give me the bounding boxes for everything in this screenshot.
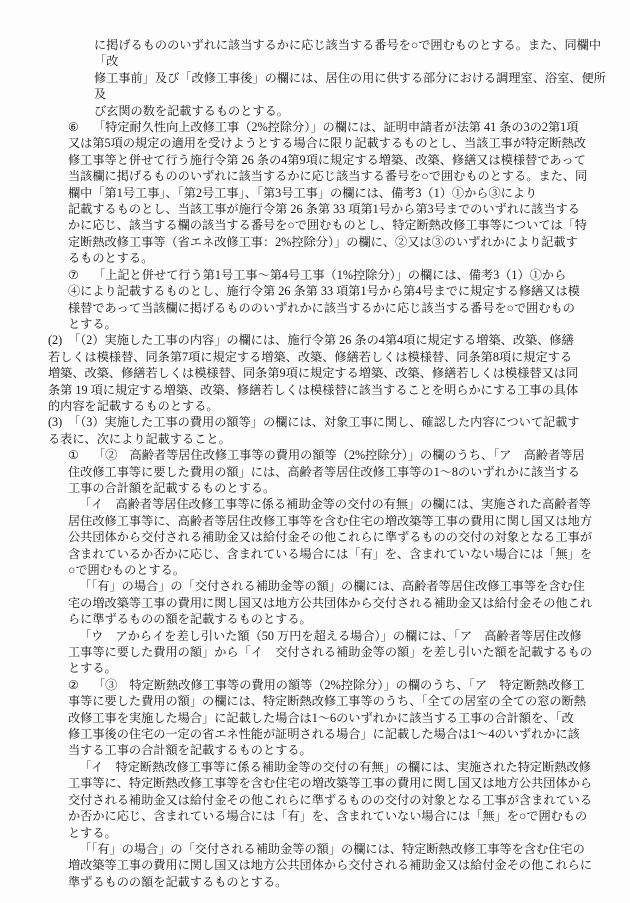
paragraph-text: 「「有」の場合」の「交付される補助金等の額」の欄には、特定断熱改修工事等を含む住… — [68, 842, 592, 889]
paragraph-text: 「（3）実施した工事の費用の額等」の欄には、対象工事に関し、確認した内容について… — [48, 415, 580, 445]
item-marker: ① — [68, 447, 93, 463]
paragraph-text: 「特定耐久性向上改修工事（2%控除分）」の欄には、証明申請者が法第 41 条の3… — [68, 120, 587, 265]
doc-paragraph: 「「有」の場合」の「交付される補助金等の額」の欄には、特定断熱改修工事等を含む住… — [0, 841, 610, 890]
paragraph-text: 「イ 特定断熱改修工事等に係る補助金等の交付の有無」の欄には、実施された特定断熱… — [68, 760, 592, 840]
paragraph-text: 「イ 高齢者等居住改修工事等に係る補助金等の交付の有無」の欄には、実施された高齢… — [68, 497, 592, 577]
item-marker: (2) — [48, 332, 68, 348]
paragraph-text: 「③ 特定断熱改修工事等の費用の額等（2%控除分）」の欄のうち、「ア 特定断熱改… — [68, 678, 586, 758]
item-marker: ⑦ — [68, 267, 93, 283]
doc-paragraph: ⑥「特定耐久性向上改修工事（2%控除分）」の欄には、証明申請者が法第 41 条の… — [0, 119, 610, 267]
doc-paragraph: 「ウ アからイを差し引いた額（50 万円を超える場合）」の欄には、「ア 高齢者等… — [0, 628, 610, 677]
document-page: に掲げるもののいずれに該当するかに応じ該当する番号を○で囲むものとする。また、同… — [0, 0, 630, 903]
paragraph-text: 「② 高齢者等居住改修工事等の費用の額等（2%控除分）」の欄のうち、「ア 高齢者… — [68, 448, 585, 495]
paragraph-text: 「上記と併せて行う第1号工事〜第4号工事（1%控除分）」の欄には、備考3（1）①… — [68, 268, 580, 331]
doc-paragraph: (2)「（2）実施した工事の内容」の欄には、施行令第 26 条の4第4項に規定す… — [0, 332, 610, 414]
document-body: に掲げるもののいずれに該当するかに応じ該当する番号を○で囲むものとする。また、同… — [0, 37, 610, 890]
doc-paragraph: 「イ 特定断熱改修工事等に係る補助金等の交付の有無」の欄には、実施された特定断熱… — [0, 759, 610, 841]
item-marker: ② — [68, 677, 93, 693]
doc-paragraph: 「「有」の場合」の「交付される補助金等の額」の欄には、高齢者等居住改修工事等を含… — [0, 578, 610, 627]
doc-paragraph: ②「③ 特定断熱改修工事等の費用の額等（2%控除分）」の欄のうち、「ア 特定断熱… — [0, 677, 610, 759]
paragraph-text: 「（2）実施した工事の内容」の欄には、施行令第 26 条の4第4項に規定する増築… — [48, 333, 578, 413]
paragraph-text: 「ウ アからイを差し引いた額（50 万円を超える場合）」の欄には、「ア 高齢者等… — [68, 629, 592, 676]
doc-paragraph: に掲げるもののいずれに該当するかに応じ該当する番号を○で囲むものとする。また、同… — [0, 37, 610, 119]
item-marker: ⑥ — [68, 119, 93, 135]
item-marker: (3) — [48, 414, 68, 430]
doc-paragraph: ⑦「上記と併せて行う第1号工事〜第4号工事（1%控除分）」の欄には、備考3（1）… — [0, 267, 610, 333]
doc-paragraph: (3)「（3）実施した工事の費用の額等」の欄には、対象工事に関し、確認した内容に… — [0, 414, 610, 447]
doc-paragraph: 「イ 高齢者等居住改修工事等に係る補助金等の交付の有無」の欄には、実施された高齢… — [0, 496, 610, 578]
doc-paragraph: ①「② 高齢者等居住改修工事等の費用の額等（2%控除分）」の欄のうち、「ア 高齢… — [0, 447, 610, 496]
paragraph-text: 「「有」の場合」の「交付される補助金等の額」の欄には、高齢者等居住改修工事等を含… — [68, 579, 592, 626]
paragraph-text: に掲げるもののいずれに該当するかに応じ該当する番号を○で囲むものとする。また、同… — [94, 38, 606, 118]
